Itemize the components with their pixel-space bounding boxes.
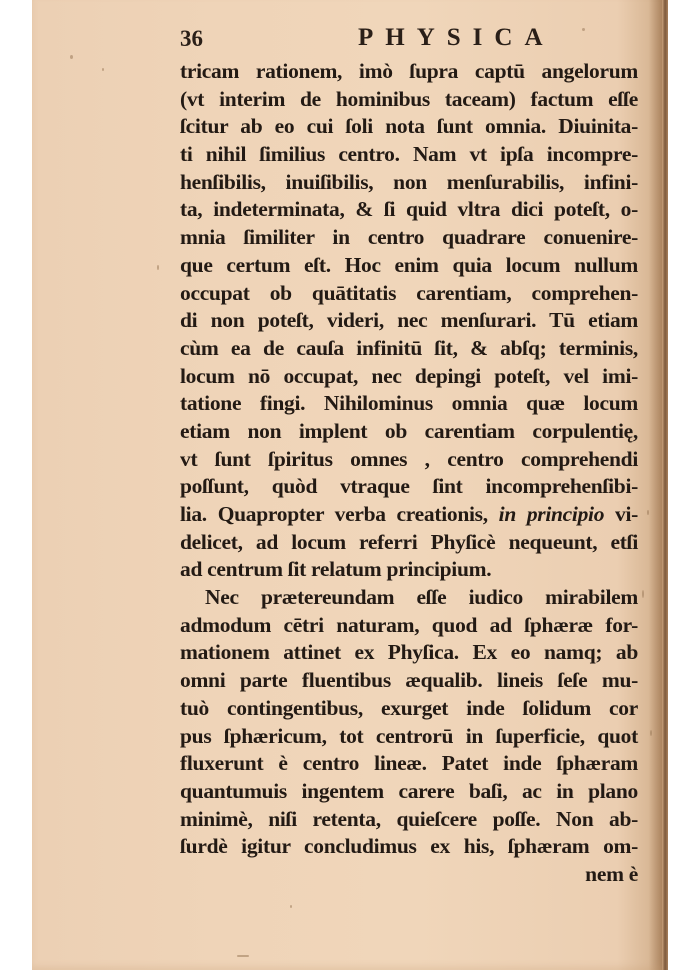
text-line: etiam non implent ob carentiam corpulent… <box>180 418 638 446</box>
text-line: tricam rationem, imò ſupra captū angelor… <box>180 58 638 86</box>
text-line: ſcitur ab eo cui ſoli nota ſunt omnia. D… <box>180 113 638 141</box>
text-line: minimè, niſi retenta, quieſcere poſſe. N… <box>180 806 638 834</box>
running-head: 36 PHYSICA <box>180 24 640 54</box>
text-line: ſurdè igitur concludimus ex his, ſphæram… <box>180 833 638 861</box>
text-line: quantumuis ingentem carere baſi, ac in p… <box>180 778 638 806</box>
text-line: ti nihil ſimilius centro. Nam vt ipſa in… <box>180 141 638 169</box>
page-edge <box>662 0 668 970</box>
paper-speck <box>642 590 644 598</box>
paper-speck <box>237 955 249 957</box>
text-line: vt ſunt ſpiritus omnes , centro comprehe… <box>180 446 638 474</box>
text-line: mationem attinet ex Phyſica. Ex eo namq;… <box>180 639 638 667</box>
paper-speck <box>70 55 73 59</box>
text-line: admodum cētri naturam, quod ad ſphæræ fo… <box>180 612 638 640</box>
paper-speck <box>650 730 652 736</box>
page-number: 36 <box>180 26 203 52</box>
text-line: tuò contingentibus, exurget inde ſolidum… <box>180 695 638 723</box>
text-line: cùm ea de cauſa infinitū ſit, & abſq; te… <box>180 335 638 363</box>
italic-phrase: in principio <box>499 502 605 526</box>
paper-speck <box>102 68 104 71</box>
text-line: tatione fingi. Nihilominus omnia quæ loc… <box>180 390 638 418</box>
paragraph-start-line: Nec prætereundam eſſe iudico mirabilem <box>180 584 638 612</box>
text-line-with-italic: lia. Quapropter verba creationis, in pri… <box>180 501 638 529</box>
paper-speck <box>290 905 292 908</box>
running-title: PHYSICA <box>358 24 555 52</box>
text-line: locum nō occupat, nec depingi poteſt, ve… <box>180 363 638 391</box>
text-line: omni parte fluentibus æqualib. lineis ſe… <box>180 667 638 695</box>
text-segment: lia. Quapropter verba creationis, <box>180 502 499 526</box>
catchword: nem è <box>180 861 638 889</box>
paper-speck <box>157 265 159 270</box>
text-line: occupat ob quātitatis carentiam, compreh… <box>180 280 638 308</box>
text-line: mnia ſimiliter in centro quadrare conuen… <box>180 224 638 252</box>
body-text: tricam rationem, imò ſupra captū angelor… <box>180 58 638 889</box>
paper-speck <box>647 510 649 515</box>
text-line: delicet, ad locum referri Phyſicè nequeu… <box>180 529 638 557</box>
book-page: 36 PHYSICA tricam rationem, imò ſupra ca… <box>32 0 668 970</box>
text-line: ta, indeterminata, & ſi quid vltra dici … <box>180 196 638 224</box>
text-line: fluxerunt è centro lineæ. Patet inde ſph… <box>180 750 638 778</box>
text-line: (vt interim de hominibus taceam) factum … <box>180 86 638 114</box>
page-gutter-shadow <box>648 0 662 970</box>
text-line: poſſunt, quòd vtraque ſint incomprehenſi… <box>180 473 638 501</box>
paragraph-end-line: ad centrum ſit relatum principium. <box>180 556 638 584</box>
text-line: pus ſphæricum, tot centrorū in ſuperfici… <box>180 723 638 751</box>
text-line: di non poteſt, videri, nec menſurari. Tū… <box>180 307 638 335</box>
text-line: que certum eſt. Hoc enim quia locum null… <box>180 252 638 280</box>
text-line: henſibilis, inuiſibilis, non menſurabili… <box>180 169 638 197</box>
text-segment: vi- <box>604 502 638 526</box>
